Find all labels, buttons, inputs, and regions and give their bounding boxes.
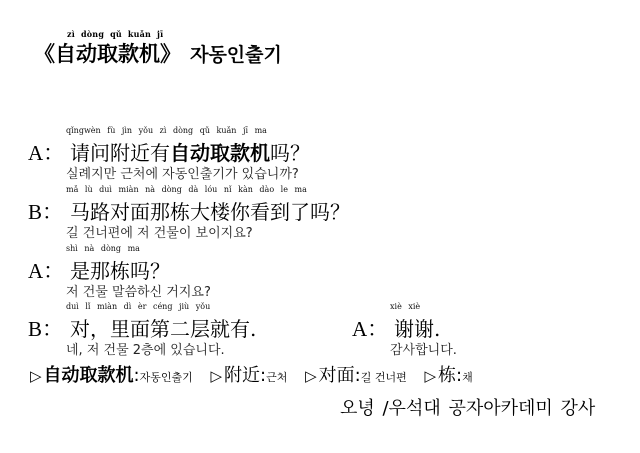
vocab-item: ▷对面:길 건너편 xyxy=(305,365,407,386)
vocab-chinese: 栋 xyxy=(438,365,456,386)
chinese-keyword: 自动取款机 xyxy=(170,141,270,165)
vocab-korean: 채 xyxy=(462,371,473,384)
vocab-korean: 길 건너편 xyxy=(361,371,407,384)
korean-translation: 감사합니다. xyxy=(390,339,457,358)
triangle-bullet-icon: ▷ xyxy=(211,367,223,385)
chinese-sentence: 是那栋吗？ xyxy=(70,259,170,283)
korean-translation: 네, 저 건물 2층에 있습니다. xyxy=(66,339,225,358)
vocab-chinese: 附近 xyxy=(224,365,260,386)
pinyin: shì nà dòng ma xyxy=(66,244,140,253)
vocabulary-list: ▷自动取款机:자동인출기 ▷附近:근처 ▷对面:길 건너편 ▷栋:채 xyxy=(30,361,485,387)
speaker-label: B： xyxy=(28,196,70,226)
pinyin: xiè xiè xyxy=(390,302,420,311)
pinyin: duì lǐ miàn dì èr céng jiù yǒu xyxy=(66,302,210,311)
dialogue-line-1: qǐngwèn fù jìn yǒu zì dòng qǔ kuǎn jī ma… xyxy=(28,137,310,167)
chinese-sentence: 对，里面第二层就有. xyxy=(70,317,256,341)
title-korean: 자동인출기 xyxy=(190,44,282,66)
triangle-bullet-icon: ▷ xyxy=(425,367,437,385)
vocab-item: ▷自动取款机:자동인출기 xyxy=(30,365,193,386)
speaker-label: A： xyxy=(352,313,394,343)
dialogue-line-2: mǎ lù duì miàn nà dòng dà lóu nǐ kàn dào… xyxy=(28,196,350,226)
title-pinyin: zì dòng qǔ kuǎn jī xyxy=(67,29,163,39)
pinyin: mǎ lù duì miàn nà dòng dà lóu nǐ kàn dào… xyxy=(66,185,307,194)
chinese-text: 请问附近有 xyxy=(70,141,170,165)
author-credit: 오녕 /우석대 공자아카데미 강사 xyxy=(340,394,595,420)
vocab-item: ▷栋:채 xyxy=(425,365,473,386)
chinese-sentence: 谢谢. xyxy=(394,317,440,341)
pinyin: qǐngwèn fù jìn yǒu zì dòng qǔ kuǎn jī ma xyxy=(66,126,267,135)
korean-translation: 실례지만 근처에 자동인출기가 있습니까? xyxy=(66,163,299,182)
vocab-item: ▷附近:근처 xyxy=(211,365,288,386)
korean-translation: 길 건너편에 저 건물이 보이지요? xyxy=(66,222,253,241)
vocab-chinese: 自动取款机 xyxy=(44,365,134,386)
triangle-bullet-icon: ▷ xyxy=(305,367,317,385)
speaker-label: B： xyxy=(28,313,70,343)
lesson-title: zì dòng qǔ kuǎn jī 《自动取款机》 자동인출기 xyxy=(34,30,282,68)
speaker-label: A： xyxy=(28,255,70,285)
vocab-chinese: 对面 xyxy=(319,365,355,386)
dialogue-line-4: duì lǐ miàn dì èr céng jiù yǒu B：对，里面第二层… xyxy=(28,313,256,343)
chinese-sentence: 请问附近有自动取款机吗？ xyxy=(70,141,310,165)
dialogue-line-5: xiè xiè A：谢谢. 감사합니다. xyxy=(352,313,440,343)
chinese-text: 吗？ xyxy=(270,141,310,165)
korean-translation: 저 건물 말씀하신 거지요? xyxy=(66,281,211,300)
vocab-korean: 자동인출기 xyxy=(140,371,193,384)
vocab-korean: 근처 xyxy=(266,371,287,384)
speaker-label: A： xyxy=(28,137,70,167)
dialogue-line-3: shì nà dòng ma A：是那栋吗？ 저 건물 말씀하신 거지요? xyxy=(28,255,170,285)
chinese-sentence: 马路对面那栋大楼你看到了吗？ xyxy=(70,200,350,224)
title-chinese: 《自动取款机》 xyxy=(34,38,181,68)
triangle-bullet-icon: ▷ xyxy=(30,367,42,385)
